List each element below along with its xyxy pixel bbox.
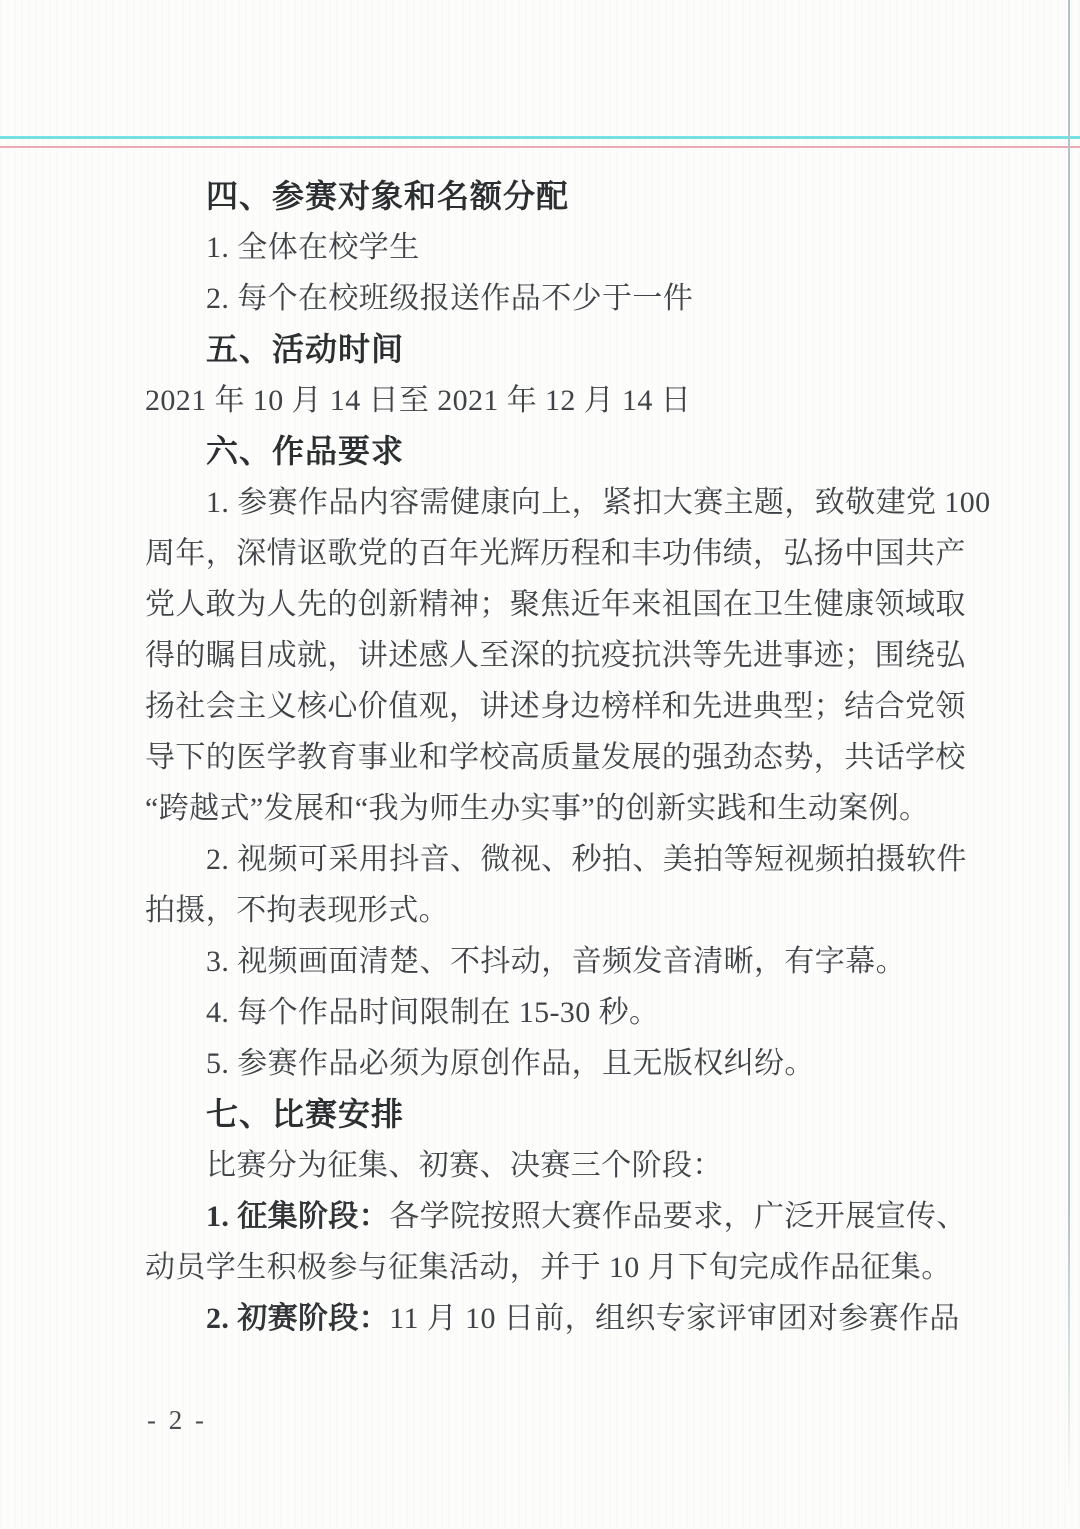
text-run: 党人敢为人先的创新精神；聚焦近年来祖国在卫生健康领域取 (145, 588, 966, 621)
text-run: 2. 视频可采用抖音、微视、秒拍、美拍等短视频拍摄软件 (206, 843, 967, 876)
body-line: 得的瞩目成就，讲述感人至深的抗疫抗洪等先进事迹；围绕弘 (145, 630, 945, 681)
section-heading: 五、活动时间 (145, 324, 945, 375)
text-run: 周年，深情讴歌党的百年光辉历程和丰功伟绩，弘扬中国共产 (145, 537, 966, 570)
text-run: 各学院按照大赛作品要求，广泛开展宣传、 (389, 1200, 967, 1233)
text-run: 扬社会主义核心价值观，讲述身边榜样和先进典型；结合党领 (145, 690, 966, 723)
bold-run: 1. 征集阶段： (206, 1200, 389, 1233)
section-heading: 四、参赛对象和名额分配 (145, 171, 945, 222)
text-run: 11 月 10 日前，组织专家评审团对参赛作品 (389, 1302, 960, 1335)
body-line: 2. 初赛阶段：11 月 10 日前，组织专家评审团对参赛作品 (145, 1293, 945, 1344)
top-pink-rule (0, 146, 1080, 148)
text-run: 七、比赛安排 (206, 1096, 404, 1132)
text-run: 六、作品要求 (206, 433, 404, 469)
body-line: 1. 全体在校学生 (145, 222, 945, 273)
text-run: 2021 年 10 月 14 日至 2021 年 12 月 14 日 (145, 384, 691, 417)
section-heading: 六、作品要求 (145, 426, 945, 477)
body-line: 拍摄，不拘表现形式。 (145, 885, 945, 936)
body-line: “跨越式”发展和“我为师生办实事”的创新实践和生动案例。 (145, 783, 945, 834)
body-line: 2. 视频可采用抖音、微视、秒拍、美拍等短视频拍摄软件 (145, 834, 945, 885)
document-page: 四、参赛对象和名额分配1. 全体在校学生2. 每个在校班级报送作品不少于一件五、… (0, 0, 1080, 1529)
text-run: 3. 视频画面清楚、不抖动，音频发音清晰，有字幕。 (206, 945, 906, 978)
text-run: 1. 参赛作品内容需健康向上，紧扣大赛主题，致敬建党 100 (206, 486, 991, 519)
body-line: 党人敢为人先的创新精神；聚焦近年来祖国在卫生健康领域取 (145, 579, 945, 630)
text-run: 1. 全体在校学生 (206, 231, 420, 264)
text-run: 得的瞩目成就，讲述感人至深的抗疫抗洪等先进事迹；围绕弘 (145, 639, 966, 672)
top-cyan-rule (0, 136, 1080, 139)
text-run: 4. 每个作品时间限制在 15-30 秒。 (206, 996, 659, 1029)
body-line: 5. 参赛作品必须为原创作品，且无版权纠纷。 (145, 1038, 945, 1089)
body-line: 1. 征集阶段：各学院按照大赛作品要求，广泛开展宣传、 (145, 1191, 945, 1242)
body-line: 导下的医学教育事业和学校高质量发展的强劲态势，共话学校 (145, 732, 945, 783)
body-line: 3. 视频画面清楚、不抖动，音频发音清晰，有字幕。 (145, 936, 945, 987)
body-line: 2. 每个在校班级报送作品不少于一件 (145, 273, 945, 324)
document-body: 四、参赛对象和名额分配1. 全体在校学生2. 每个在校班级报送作品不少于一件五、… (145, 171, 945, 1344)
body-line: 4. 每个作品时间限制在 15-30 秒。 (145, 987, 945, 1038)
body-line: 比赛分为征集、初赛、决赛三个阶段： (145, 1140, 945, 1191)
body-line: 动员学生积极参与征集活动，并于 10 月下旬完成作品征集。 (145, 1242, 945, 1293)
bold-run: 2. 初赛阶段： (206, 1302, 389, 1335)
section-heading: 七、比赛安排 (145, 1089, 945, 1140)
text-run: 导下的医学教育事业和学校高质量发展的强劲态势，共话学校 (145, 741, 966, 774)
text-run: 五、活动时间 (206, 331, 404, 367)
right-edge-rule (1068, 0, 1070, 1510)
text-run: 拍摄，不拘表现形式。 (145, 894, 449, 927)
body-line: 周年，深情讴歌党的百年光辉历程和丰功伟绩，弘扬中国共产 (145, 528, 945, 579)
text-run: 5. 参赛作品必须为原创作品，且无版权纠纷。 (206, 1047, 815, 1080)
text-run: 四、参赛对象和名额分配 (206, 178, 569, 214)
body-line: 2021 年 10 月 14 日至 2021 年 12 月 14 日 (145, 375, 945, 426)
text-run: 比赛分为征集、初赛、决赛三个阶段： (206, 1149, 723, 1182)
body-line: 扬社会主义核心价值观，讲述身边榜样和先进典型；结合党领 (145, 681, 945, 732)
body-line: 1. 参赛作品内容需健康向上，紧扣大赛主题，致敬建党 100 (145, 477, 945, 528)
text-run: 动员学生积极参与征集活动，并于 10 月下旬完成作品征集。 (145, 1251, 952, 1284)
page-number: - 2 - (147, 1405, 207, 1436)
text-run: “跨越式”发展和“我为师生办实事”的创新实践和生动案例。 (145, 792, 929, 825)
text-run: 2. 每个在校班级报送作品不少于一件 (206, 282, 693, 315)
